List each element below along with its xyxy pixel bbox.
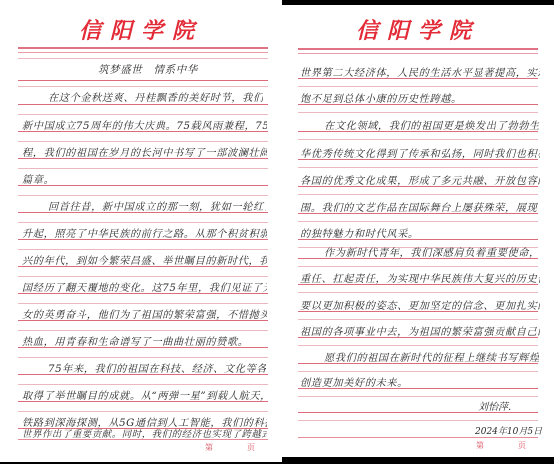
ruled-line [18, 320, 268, 321]
ruled-line [298, 78, 538, 79]
text-line: 作为新时代青年，我们深感肩负着重要使命，我们要勇担 [324, 244, 539, 259]
ruled-line [18, 411, 268, 412]
ruled-line [18, 303, 268, 304]
text-line: 篇章。 [22, 171, 267, 186]
text-line: 愿我们的祖国在新时代的征程上继续书写辉煌篇章， [324, 349, 539, 364]
text-line: 在这个金秋送爽、丹桂飘香的美好时节，我们迎来了 [48, 89, 263, 104]
ruled-line [298, 345, 538, 346]
ruled-line [18, 131, 268, 132]
ruled-line [298, 292, 538, 293]
ruled-line [298, 131, 538, 132]
ruled-line [298, 319, 538, 320]
text-line: 围。我们的文艺作品在国际舞台上屡获殊荣，展现了中华文化 [300, 199, 540, 214]
letter-page-left: 信阳学院 筑梦盛世 情系中华 在这个金秋送爽、丹桂飘香的美好时节，我们迎来了 新… [0, 0, 282, 464]
text-line: 世界第二大经济体，人民的生活水平显著提高，实现了从温 [300, 64, 540, 79]
text-line: 热血，用青春和生命谱写了一曲曲壮丽的赞歌。 [22, 333, 267, 348]
ruled-line [298, 437, 538, 438]
signature: 刘怡萍. [478, 398, 511, 413]
ruled-line [18, 114, 268, 115]
ruled-line [18, 141, 268, 142]
ruled-line [18, 212, 268, 213]
text-line: 饱不足到总体小康的历史性跨越。 [300, 90, 540, 105]
page-number-footer: 第页 [476, 440, 526, 451]
ruled-line [298, 221, 538, 222]
ruled-line [298, 159, 538, 160]
header-rule [18, 52, 268, 53]
ruled-line [298, 266, 538, 267]
text-line: 要以更加积极的姿态、更加坚定的信念、更加扎实的作风投身到 [300, 297, 540, 312]
ruled-line [298, 213, 538, 214]
essay-title: 筑梦盛世 情系中华 [98, 62, 198, 77]
ruled-line [18, 401, 268, 402]
ruled-line [298, 112, 538, 113]
ruled-line [18, 330, 268, 331]
ruled-line [18, 80, 268, 81]
ruled-line [298, 337, 538, 338]
ruled-line [298, 139, 538, 140]
text-line: 华优秀传统文化得到了传承和弘扬，同时我们也积极吸收世界 [300, 145, 540, 160]
ruled-line [298, 194, 538, 195]
text-line: 重任、扛起责任，为实现中华民族伟大复兴的历史使命，我们 [300, 270, 540, 285]
ruled-line [18, 347, 268, 348]
text-line: 升起，照亮了中华民族的前行之路。从那个积贫积弱、百废待 [22, 225, 267, 240]
text-line: 在文化领域，我们的祖国更是焕发出了勃勃生机。中 [324, 117, 539, 132]
text-line: 国经历了翻天覆地的变化。这75年里，我们见证了无数英雄儿 [22, 279, 267, 294]
ruled-line [18, 357, 268, 358]
ruled-line [18, 185, 268, 186]
text-line: 取得了举世瞩目的成就。从“两弹一星”到载人航天，从高速 [22, 387, 267, 402]
masthead-logo: 信阳学院 [0, 14, 282, 45]
ruled-line [18, 168, 268, 169]
ruled-line [18, 195, 268, 196]
ruled-line [18, 222, 268, 223]
text-line: 75年来，我们的祖国在科技、经济、文化等各个领域都 [48, 360, 266, 375]
text-line: 回首往昔，新中国成立的那一刻，犹如一轮红日从东方冉冉 [48, 198, 266, 213]
ruled-line [298, 412, 538, 413]
ruled-line [298, 104, 538, 105]
header-rule [18, 47, 268, 49]
scan-border [282, 0, 554, 5]
text-line: 的独特魅力和时代风采。 [300, 225, 540, 240]
ruled-line [298, 363, 538, 364]
header-rule [298, 53, 538, 54]
ruled-line [298, 239, 538, 240]
masthead-logo: 信阳学院 [282, 14, 554, 45]
ruled-line [18, 276, 268, 277]
ruled-line [298, 371, 538, 372]
scan-border [282, 457, 554, 464]
ruled-line [298, 86, 538, 87]
text-line: 世界作出了重要贡献。同时，我们的经济也实现了跨越式的发展，成为 [22, 426, 267, 440]
letter-page-right: 信阳学院 世界第二大经济体，人民的生活水平显著提高，实现了从温 饱不足到总体小康… [282, 0, 554, 464]
text-line: 兴的年代，到如今繁荣昌盛、举世瞩目的新时代，我们的祖 [22, 252, 267, 267]
ruled-line [18, 239, 268, 240]
ruled-line [298, 396, 538, 397]
ruled-line [298, 258, 538, 259]
ruled-line [18, 158, 268, 159]
ruled-line [298, 284, 538, 285]
ruled-line [18, 58, 268, 59]
ruled-line [18, 104, 268, 105]
ruled-line [18, 266, 268, 267]
ruled-line [298, 311, 538, 312]
text-line: 各国的优秀文化成果，形成了多元共融、开放包容的文化氛 [300, 172, 540, 187]
ruled-line [298, 420, 538, 421]
ruled-line [18, 374, 268, 375]
ruled-line [18, 86, 268, 87]
ruled-line [298, 167, 538, 168]
ruled-line [18, 384, 268, 385]
ruled-line [18, 249, 268, 250]
text-line: 祖国的各项事业中去，为祖国的繁荣富强贡献自己的力量。 [300, 323, 540, 338]
page-number-footer: 第页 [205, 442, 255, 453]
text-line: 创造更加美好的未来。 [300, 374, 540, 389]
header-rule [298, 48, 538, 50]
text-line: 女的英勇奋斗，他们为了祖国的繁荣富强，不惜抛头颅、洒 [22, 306, 267, 321]
ruled-line [18, 293, 268, 294]
ruled-line [18, 439, 268, 440]
ruled-line [298, 186, 538, 187]
date: 2024年10月5日 [475, 424, 542, 437]
text-line: 程，我们的祖国在岁月的长河中书写了一部波澜壮阔的历史 [22, 144, 267, 159]
ruled-line [298, 388, 538, 389]
text-line: 新中国成立75周年的伟大庆典。75载风雨兼程，75载辉煌历 [22, 117, 267, 132]
